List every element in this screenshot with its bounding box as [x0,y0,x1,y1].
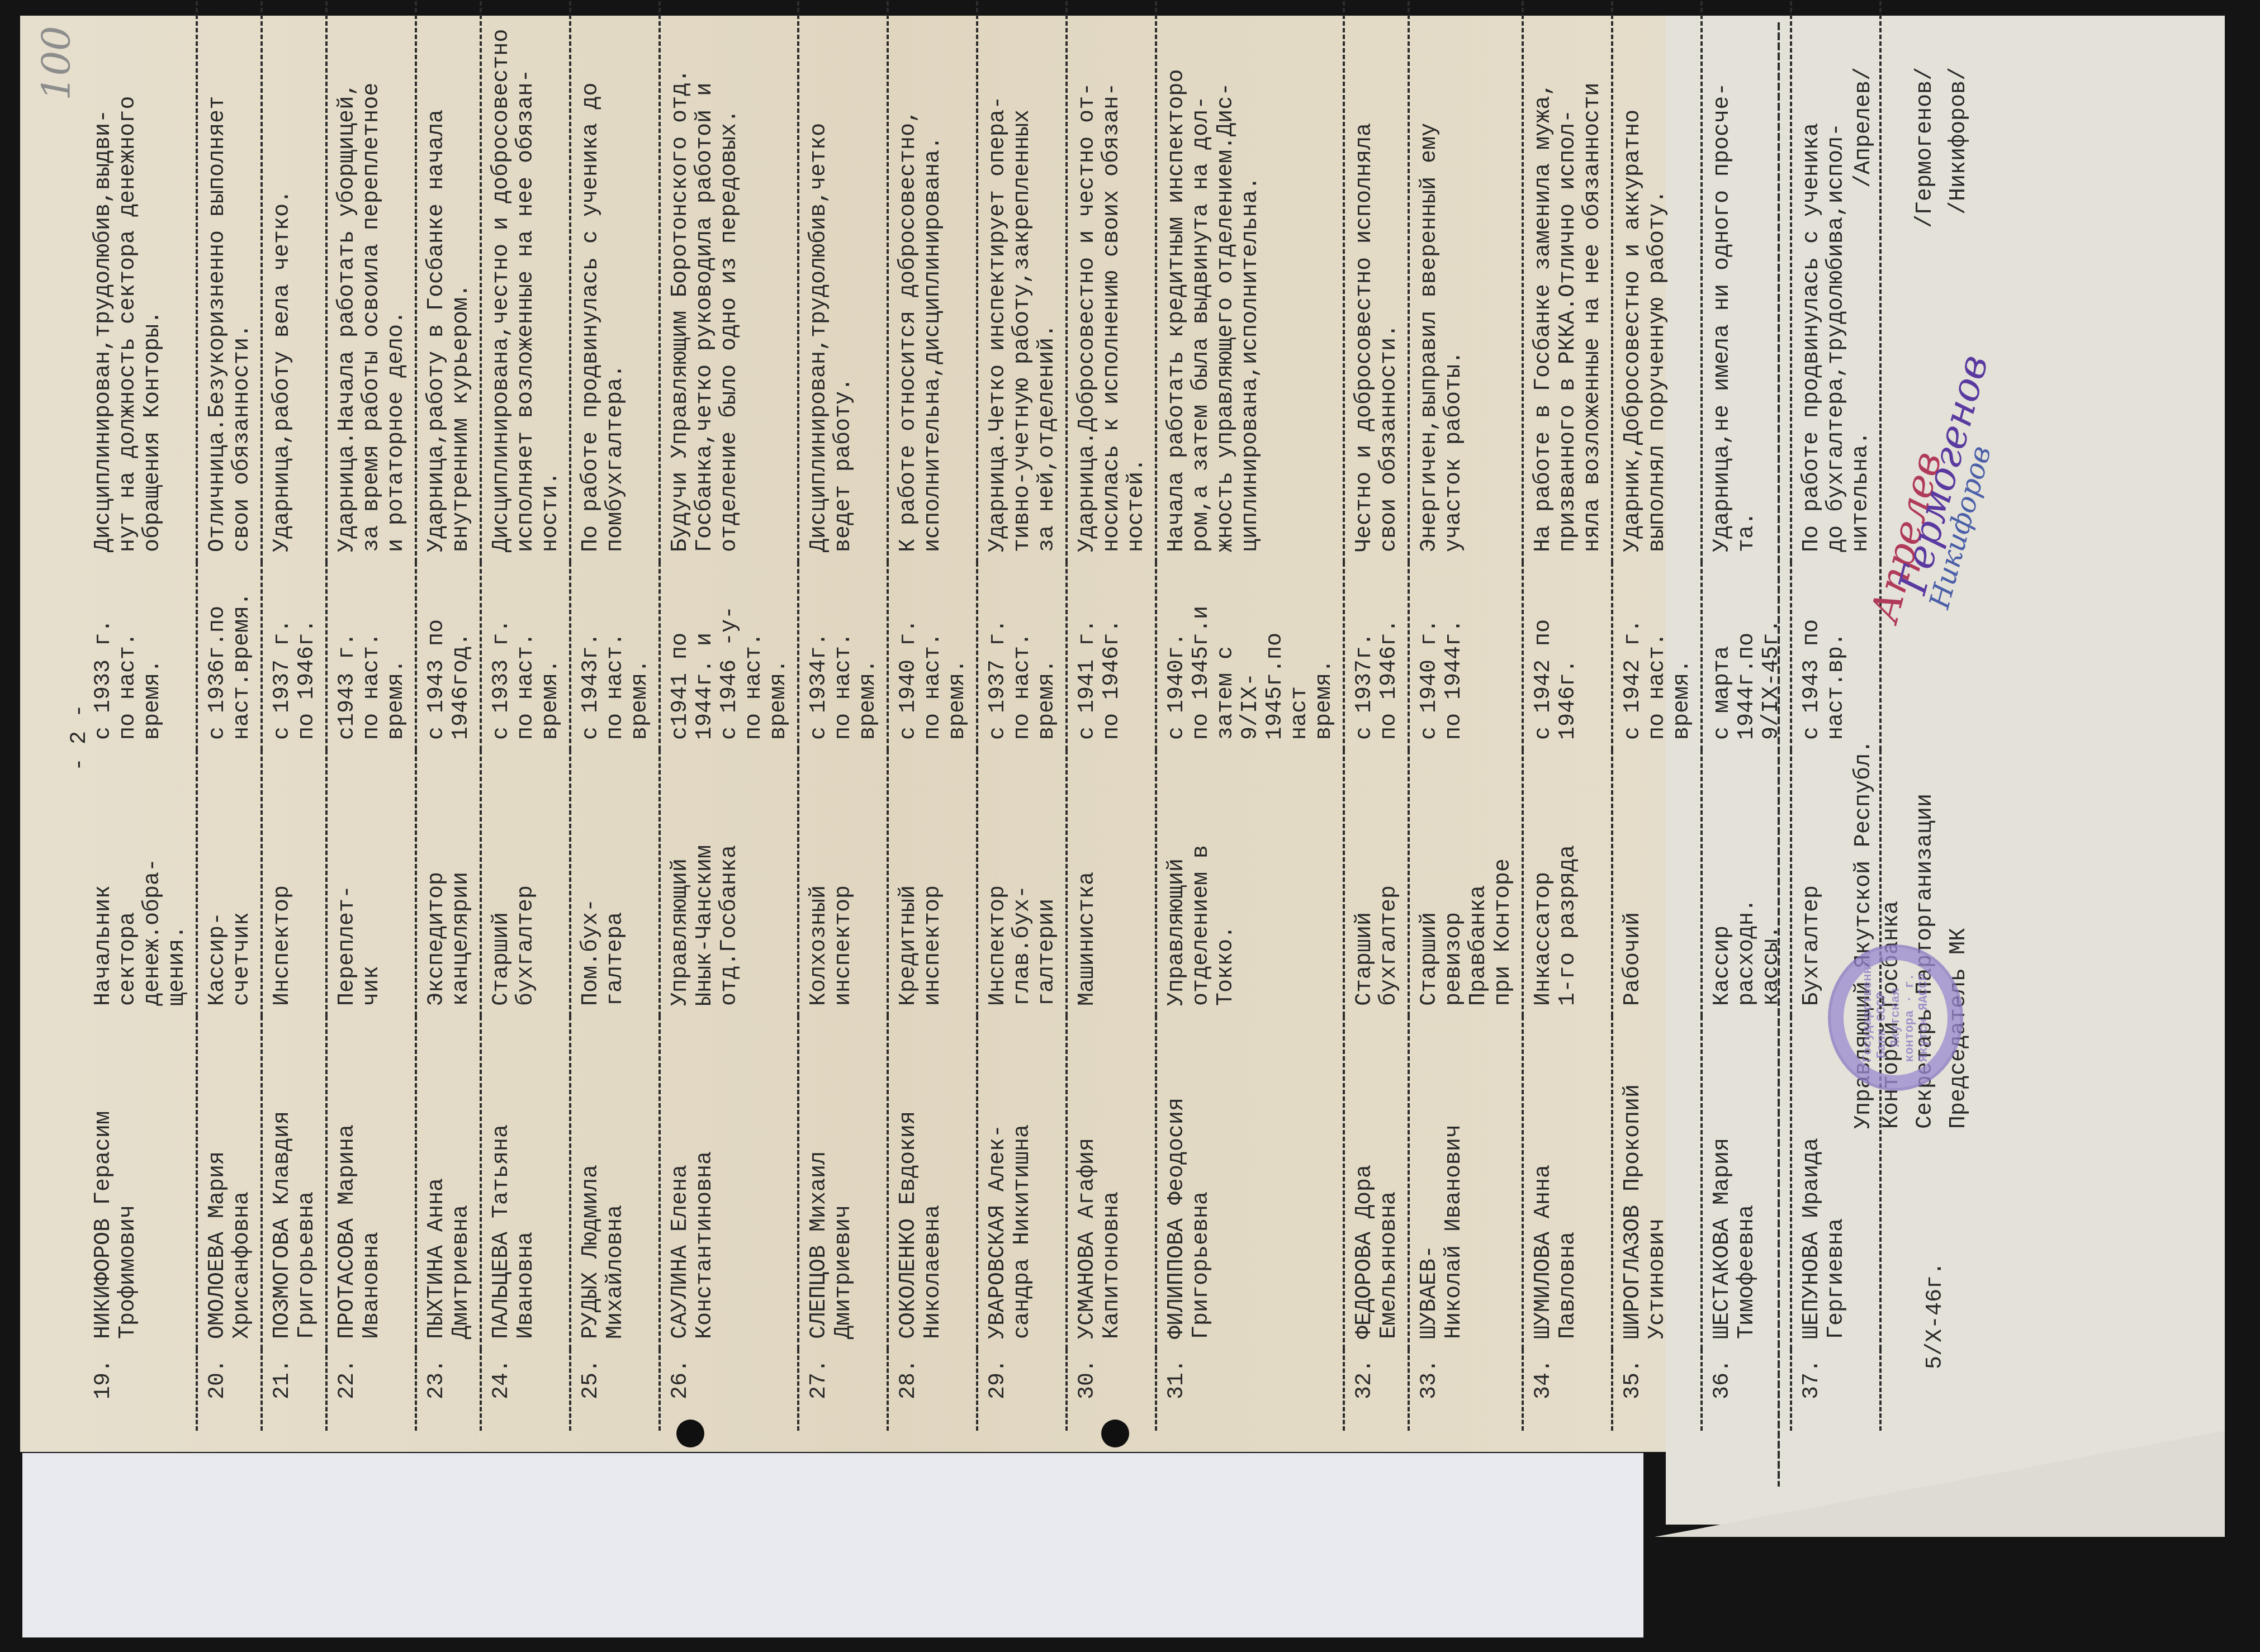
employee-position: Инспектор глав.бух- галтерии [977,750,1067,1016]
row-number: 21. [262,1349,326,1431]
employee-name: ФЕДОРОВА Дора Емельяновна [1344,1016,1409,1349]
employee-name: ПАЛЬЦЕВА Татьяна Ивановна [481,1016,570,1349]
signature-row-mk-chairman: Председатель МК /Никифоров/ [1945,67,1973,1129]
row-number: 29. [977,1349,1067,1431]
row-number: 32. [1344,1349,1409,1431]
employee-position: Машинистка [1067,750,1156,1016]
employee-name: ФИЛИППОВА Феодосия Григорьевна [1156,1016,1344,1349]
employee-name: ШИРОГЛАЗОВ Прокопий Устинович [1612,1016,1702,1349]
employment-period: с 1937 г. по 1946г. [262,562,326,750]
employment-period: с 1943 по 1946год. [416,562,481,750]
employee-name: РУДЫХ Людмила Михайловна [570,1016,660,1349]
employee-characteristic: Будучи Управляющим Боротонского отд. Гос… [660,0,798,562]
employee-position: Инкассатор 1-го разряда [1523,750,1612,1016]
table-row: 26.САУЛИНА Елена КонстантиновнаУправляющ… [660,0,798,1431]
table-row: 35.ШИРОГЛАЗОВ Прокопий УстиновичРабочийс… [1612,0,1702,1431]
employment-period: с 1942 г. по наст. время. [1612,562,1702,750]
stamp-text: Государственный Банк СССР · Якутская кон… [1861,973,1931,1062]
employment-period: с 1940 г. по 1944г. [1409,562,1523,750]
employment-period: с 1937г. по 1946г. [1344,562,1409,750]
table-row: 25.РУДЫХ Людмила МихайловнаПом.бух- галт… [570,0,660,1431]
backing-sheet [22,1453,1643,1637]
employee-characteristic: Дисциплинирована,честно и добросовестно … [481,0,570,562]
employee-position: Рабочий [1612,750,1702,1016]
employment-period: с 1940г. по 1945г.и затем с 9/IX- 1945г.… [1156,562,1344,750]
row-number: 24. [481,1349,570,1431]
pencil-annotation: 100 [34,26,79,101]
employee-position: Управляющий Ынык-Чанским отд.Госбанка [660,750,798,1016]
employee-position: Пом.бух- галтера [570,750,660,1016]
employee-name: ПОЗМОГОВА Клавдия Григорьевна [262,1016,326,1349]
employee-characteristic: Ударник,Добросовестно и аккуратно выполн… [1612,0,1702,562]
employee-name: УВАРОВСКАЯ Алек- сандра Никитишна [977,1016,1067,1349]
employee-characteristic: Энергичен,выправил вверенный ему участок… [1409,0,1523,562]
table-row: 19.НИКИФОРОВ Герасим ТрофимовичНачальник… [84,0,197,1431]
employment-period: с 1942 по 1946г. [1523,562,1612,750]
table-row: 24.ПАЛЬЦЕВА Татьяна ИвановнаСтарший бухг… [481,0,570,1431]
row-number: 33. [1409,1349,1523,1431]
employment-period: с 1934г. по наст. время. [798,562,888,750]
employee-characteristic: Ударница,работу вела четко. [262,0,326,562]
employment-period: с 1933 г. по наст. время. [481,562,570,750]
employee-position: Переплет- чик [326,750,416,1016]
table-row: 32.ФЕДОРОВА Дора ЕмельяновнаСтарший бухг… [1344,0,1409,1431]
employment-period: с 1941 г. по 1946г. [1067,562,1156,750]
punch-hole [676,1420,704,1447]
table-row: 29.УВАРОВСКАЯ Алек- сандра НикитишнаИнсп… [977,0,1067,1431]
employee-position: Старший бухгалтер [1344,750,1409,1016]
employee-name: ПЫХТИНА Анна Дмитриевна [416,1016,481,1349]
row-number: 27. [798,1349,888,1431]
roster-table: 19.НИКИФОРОВ Герасим ТрофимовичНачальник… [84,0,1882,1431]
employee-characteristic: Ударница.Начала работать уборщицей, за в… [326,0,416,562]
employee-characteristic: Дисциплинирован,трудолюбив,четко ведет р… [798,0,888,562]
employee-characteristic: Отличница.Безукоризненно выполняет свои … [197,0,262,562]
employee-characteristic: Ударница.Добросовестно и честно от- носи… [1067,0,1156,562]
employment-period: с 1943г. по наст. время. [570,562,660,750]
employee-name: НИКИФОРОВ Герасим Трофимович [84,1016,197,1349]
table-row: 22.ПРОТАСОВА Марина ИвановнаПереплет- чи… [326,0,416,1431]
employee-characteristic: На работе в Госбанке заменила мужа, приз… [1523,0,1612,562]
employee-position: Колхозный инспектор [798,750,888,1016]
row-number: 31. [1156,1349,1344,1431]
signer-name: /Гермогенов/ [1912,67,1940,228]
row-number: 34. [1523,1349,1612,1431]
row-number: 28. [888,1349,977,1431]
table-row: 30.УСМАНОВА Агафия КапитоновнаМашинистка… [1067,0,1156,1431]
employee-position: Кассир- счетчик [197,750,262,1016]
table-right-border [1778,22,1780,1487]
table-row: 20.ОМОЛОЕВА Мария ХрисанфовнаКассир- сче… [197,0,262,1431]
table-row: 21.ПОЗМОГОВА Клавдия ГригорьевнаИнспекто… [262,0,326,1431]
employee-name: ШУВАЕВ- Николай Иванович [1409,1016,1523,1349]
employee-position: Инспектор [262,750,326,1016]
employee-name: СЛЕПЦОВ Михаил Дмитриевич [798,1016,888,1349]
employee-characteristic: Начала работать кредитным инспекторо ром… [1156,0,1344,562]
employee-characteristic: Ударница.Четко инспектирует опера- тивно… [977,0,1067,562]
row-number: 26. [660,1349,798,1431]
roster-table-container: 19.НИКИФОРОВ Герасим ТрофимовичНачальник… [84,0,1901,1431]
row-number: 22. [326,1349,416,1431]
employment-period: с1943 г. по наст. время. [326,562,416,750]
row-number: 30. [1067,1349,1156,1431]
row-number: 19. [84,1349,197,1431]
employee-name: ПРОТАСОВА Марина Ивановна [326,1016,416,1349]
punch-hole [1101,1420,1129,1447]
employee-position: Кредитный инспектор [888,750,977,1016]
employee-characteristic: Ударница,работу в Госбанке начала внутре… [416,0,481,562]
row-number: 37. [1791,1349,1880,1431]
employee-name: УСМАНОВА Агафия Капитоновна [1067,1016,1156,1349]
employee-characteristic: Дисциплинирован,трудолюбив,выдви- нут на… [84,0,197,562]
employee-position: Старший бухгалтер [481,750,570,1016]
employee-name: САУЛИНА Елена Константиновна [660,1016,798,1349]
employment-period: с 1937 г. по наст. время. [977,562,1067,750]
employee-characteristic: Честно и добросовестно исполняла свои об… [1344,0,1409,562]
employee-name: ОМОЛОЕВА Мария Хрисанфовна [197,1016,262,1349]
employee-name: СОКОЛЕНКО Евдокия Николаевна [888,1016,977,1349]
signer-name: /Никифоров/ [1945,67,1973,215]
employee-name: ШУМИЛОВА Анна Павловна [1523,1016,1612,1349]
employee-characteristic: По работе продвинулась с ученика до помб… [570,0,660,562]
employment-period: с1941 по 1944г. и с 1946 -у- по наст. вр… [660,562,798,750]
table-row: 28.СОКОЛЕНКО Евдокия НиколаевнаКредитный… [888,0,977,1431]
employee-position: Начальник сектора денеж.обра- щения. [84,750,197,1016]
table-row: 33.ШУВАЕВ- Николай ИвановичСтарший ревиз… [1409,0,1523,1431]
employee-position: Экспедитор канцелярии [416,750,481,1016]
row-number: 25. [570,1349,660,1431]
row-number: 23. [416,1349,481,1431]
table-row: 27.СЛЕПЦОВ Михаил ДмитриевичКолхозный ин… [798,0,888,1431]
round-seal-stamp: Государственный Банк СССР · Якутская кон… [1828,944,1963,1091]
employee-characteristic: К работе относится добросовестно, исполн… [888,0,977,562]
table-row: 23.ПЫХТИНА Анна ДмитриевнаЭкспедитор кан… [416,0,481,1431]
table-row: 31.ФИЛИППОВА Феодосия ГригорьевнаУправля… [1156,0,1344,1431]
employee-position: Управляющий отделением в Токко. [1156,750,1344,1016]
employment-period: с 1936г.по наст.время. [197,562,262,750]
signer-name: /Апрелев/ [1850,67,1906,188]
employment-period: с 1940 г. по наст. время. [888,562,977,750]
document-date: 5/X-46г. [1923,1262,1948,1369]
row-number: 35. [1612,1349,1702,1431]
employment-period: с 1933 г. по наст. время. [84,562,197,750]
row-number: 20. [197,1349,262,1431]
employee-position: Старший ревизор Правбанка при Конторе [1409,750,1523,1016]
table-row: 34.ШУМИЛОВА Анна ПавловнаИнкассатор 1-го… [1523,0,1612,1431]
